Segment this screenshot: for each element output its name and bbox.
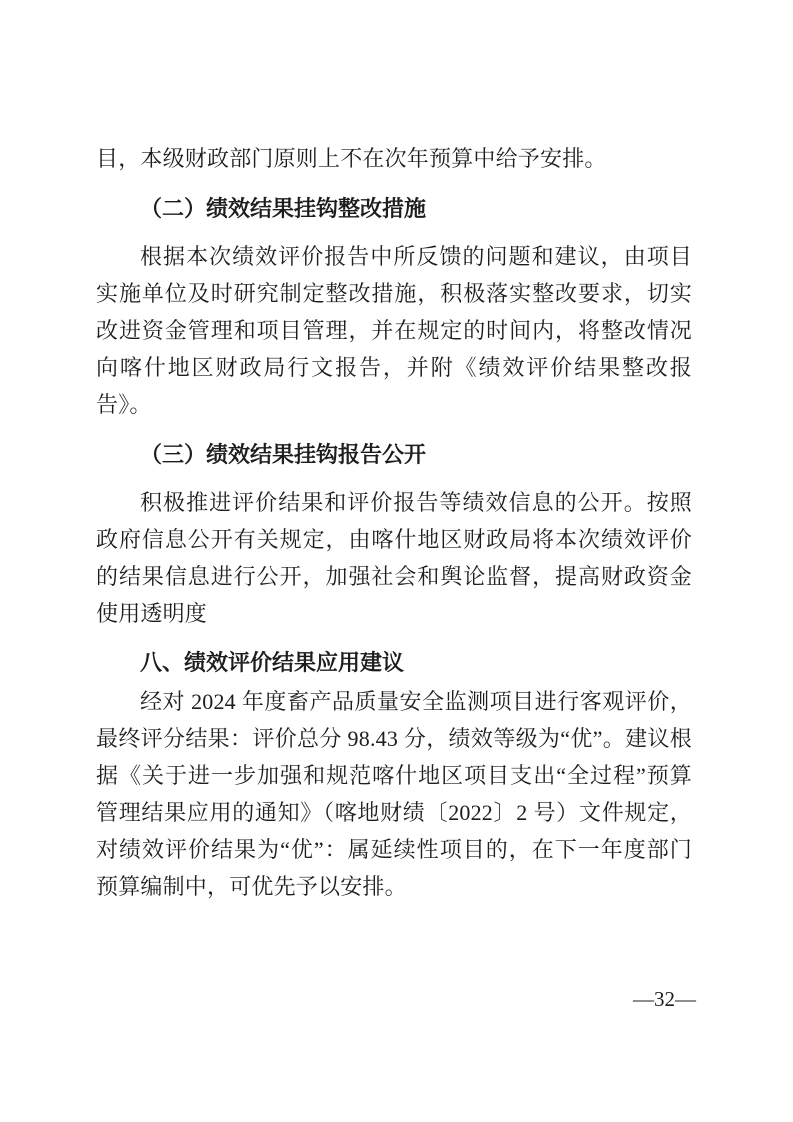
paragraph-rectification-measures: 根据本次绩效评价报告中所反馈的问题和建议，由项目实施单位及时研究制定整改措施，积… [96,238,692,423]
page-number: —32— [633,986,696,1012]
document-content: 目，本级财政部门原则上不在次年预算中给予安排。 （二）绩效结果挂钩整改措施 根据… [96,140,692,905]
section-heading-report-disclosure: （三）绩效结果挂钩报告公开 [96,436,692,473]
section-heading-result-application: 八、绩效评价结果应用建议 [96,644,692,681]
paragraph-report-disclosure: 积极推进评价结果和评价报告等绩效信息的公开。按照政府信息公开有关规定，由喀什地区… [96,484,692,632]
paragraph-continuation: 目，本级财政部门原则上不在次年预算中给予安排。 [96,140,692,177]
section-heading-rectification-measures: （二）绩效结果挂钩整改措施 [96,190,692,227]
paragraph-result-application: 经对 2024 年度畜产品质量安全监测项目进行客观评价，最终评分结果：评价总分 … [96,683,692,905]
document-page: 目，本级财政部门原则上不在次年预算中给予安排。 （二）绩效结果挂钩整改措施 根据… [0,0,793,1122]
